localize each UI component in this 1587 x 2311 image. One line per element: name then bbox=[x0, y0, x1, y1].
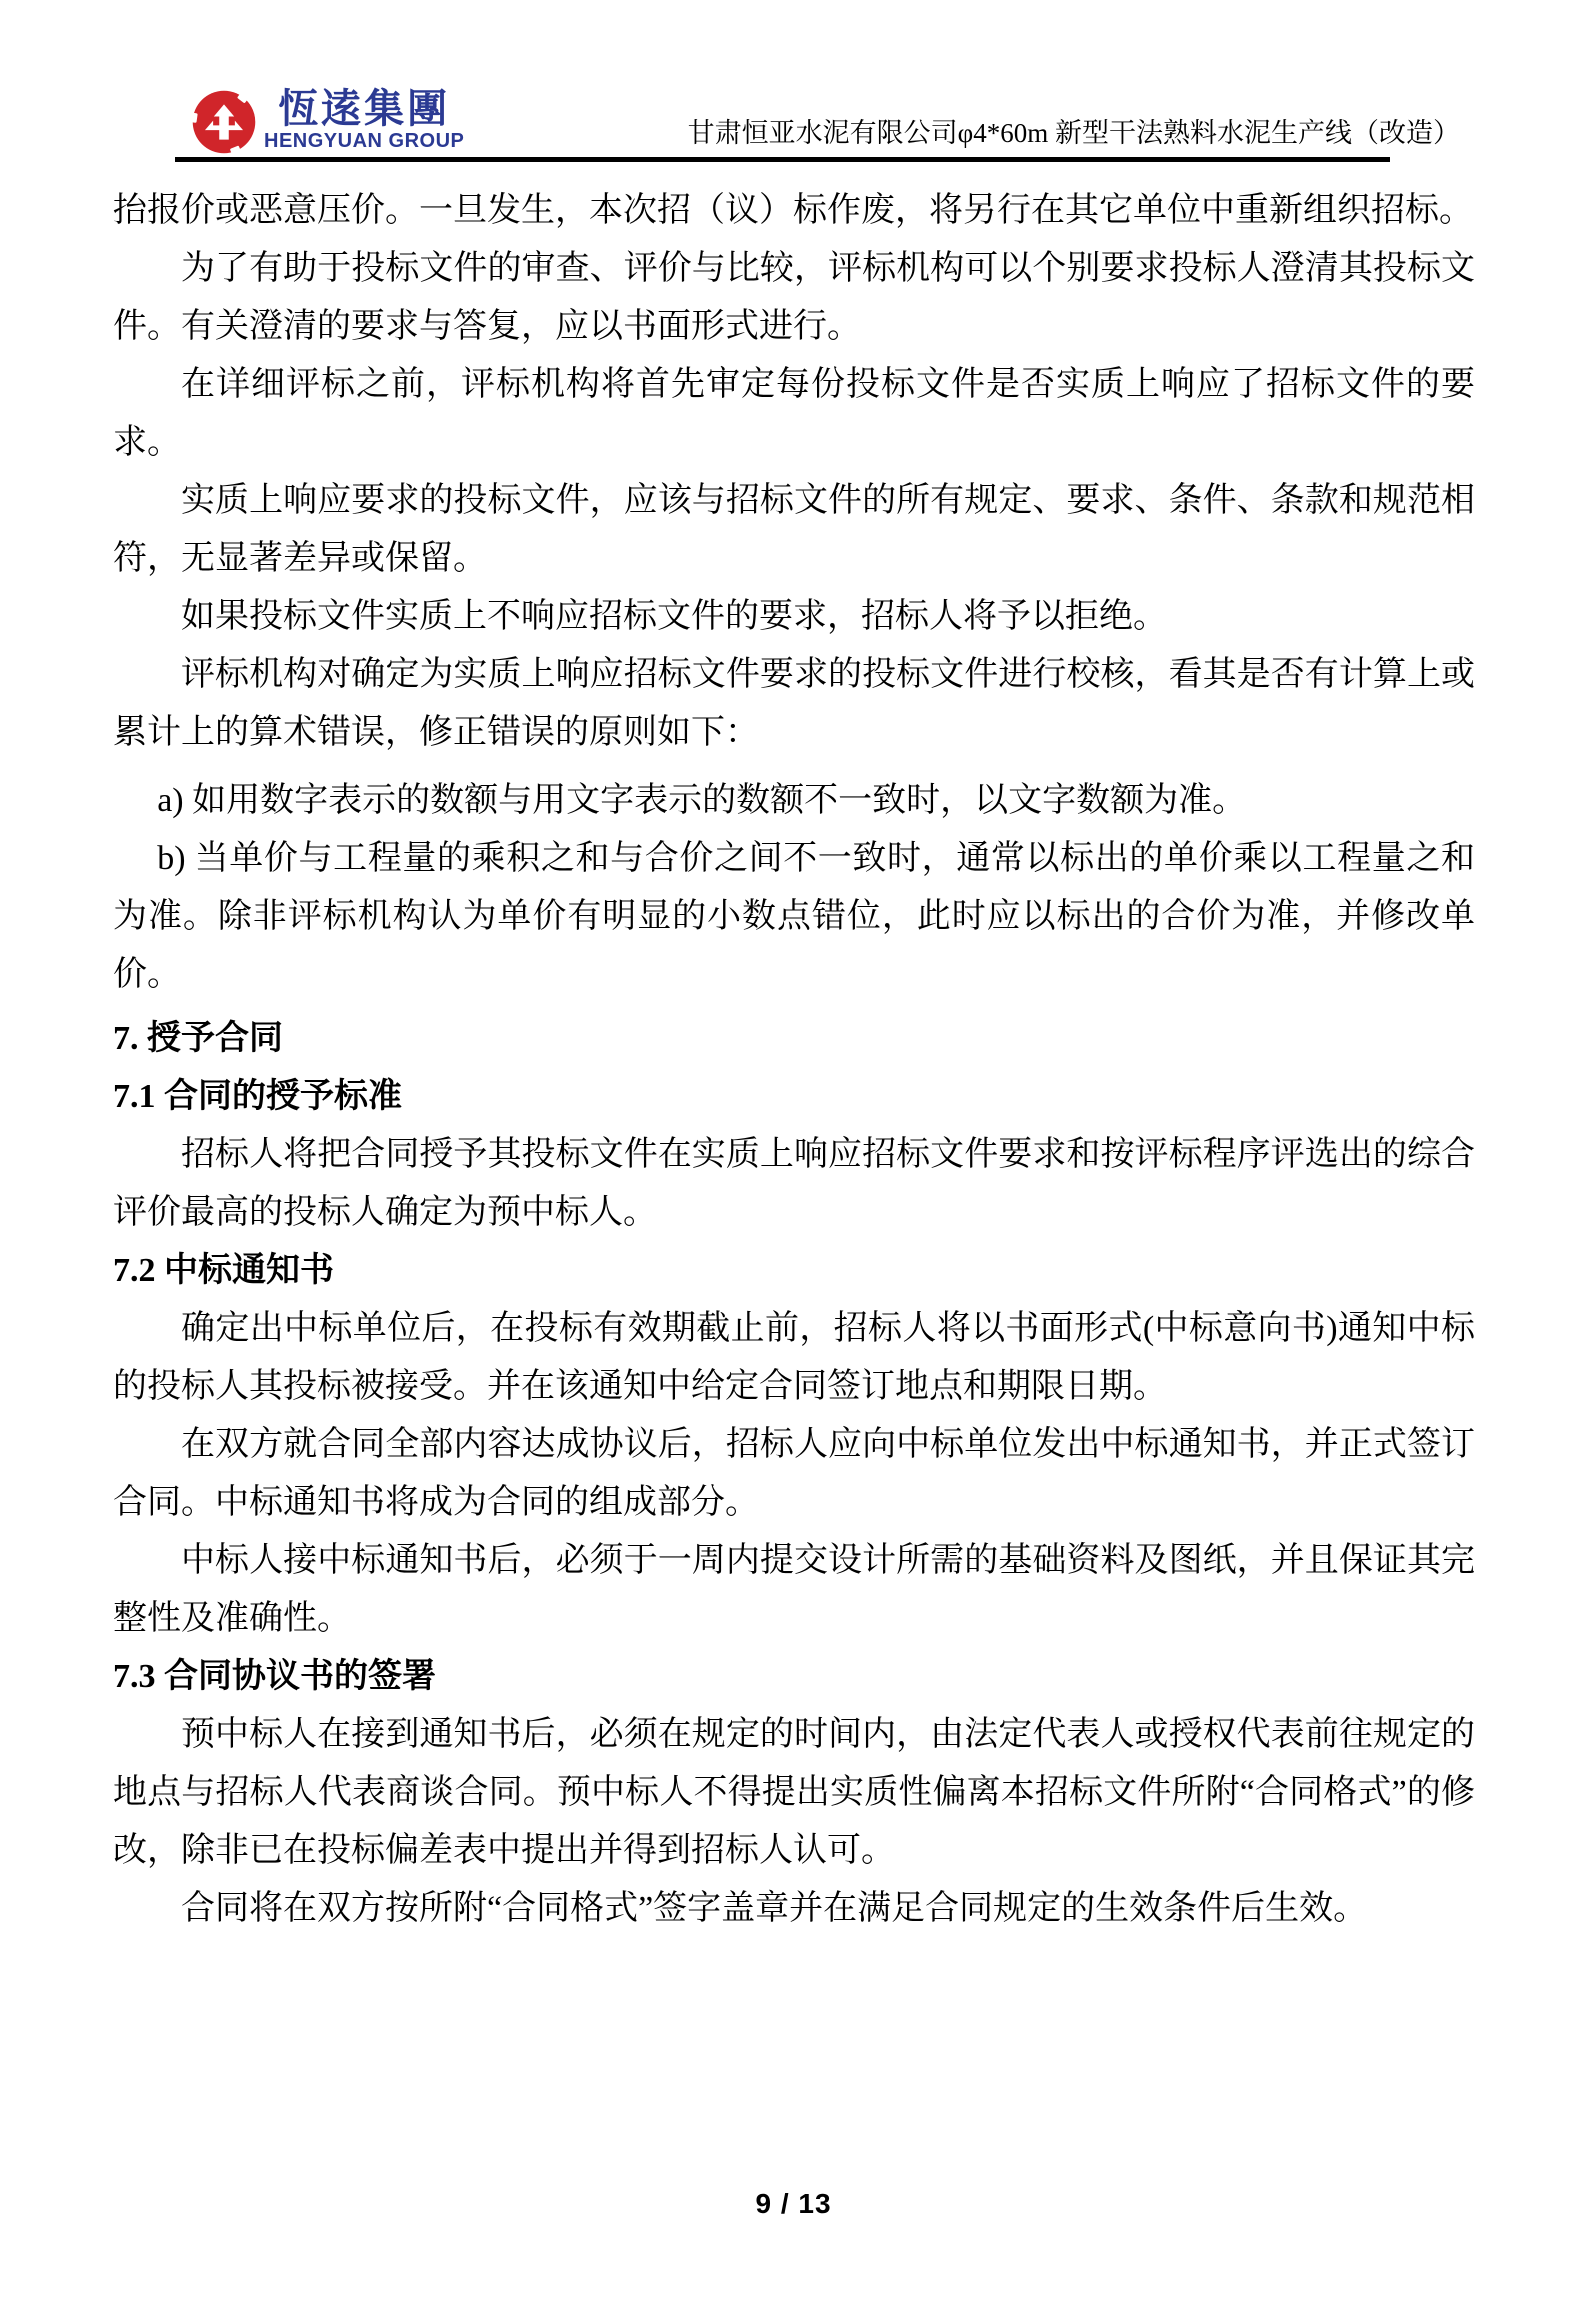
list-item-a: a) 如用数字表示的数额与用文字表示的数额不一致时，以文字数额为准。 bbox=[113, 772, 1475, 830]
paragraph-rejection: 如果投标文件实质上不响应招标文件的要求，招标人将予以拒绝。 bbox=[113, 588, 1475, 646]
paragraph-clarification: 为了有助于投标文件的审查、评价与比较，评标机构可以个别要求投标人澄清其投标文件。… bbox=[113, 240, 1475, 356]
section-heading-7-1: 7.1 合同的授予标准 bbox=[113, 1068, 1475, 1126]
paragraph-continuation: 抬报价或恶意压价。一旦发生，本次招（议）标作废，将另行在其它单位中重新组织招标。 bbox=[113, 182, 1475, 240]
paragraph-pre-evaluation: 在详细评标之前，评标机构将首先审定每份投标文件是否实质上响应了招标文件的要求。 bbox=[113, 356, 1475, 472]
header-divider bbox=[175, 157, 1390, 162]
paragraph-contract-effective: 合同将在双方按所附“合同格式”签字盖章并在满足合同规定的生效条件后生效。 bbox=[113, 1880, 1475, 1938]
paragraph-contract-signing: 预中标人在接到通知书后，必须在规定的时间内，由法定代表人或授权代表前往规定的地点… bbox=[113, 1706, 1475, 1880]
document-body: 抬报价或恶意压价。一旦发生，本次招（议）标作废，将另行在其它单位中重新组织招标。… bbox=[113, 182, 1475, 1938]
page-number: 9 / 13 bbox=[755, 2188, 831, 2219]
paragraph-responsive-bids: 实质上响应要求的投标文件，应该与招标文件的所有规定、要求、条件、条款和规范相符，… bbox=[113, 472, 1475, 588]
paragraph-design-materials: 中标人接中标通知书后，必须于一周内提交设计所需的基础资料及图纸，并且保证其完整性… bbox=[113, 1532, 1475, 1648]
logo-chinese-name: 恆逺集團 bbox=[278, 88, 450, 130]
logo-wordmark: 恆逺集團 HENGYUAN GROUP bbox=[264, 88, 464, 152]
paragraph-notice-of-award: 确定出中标单位后，在投标有效期截止前，招标人将以书面形式(中标意向书)通知中标的… bbox=[113, 1300, 1475, 1416]
company-logo: 恆逺集團 HENGYUAN GROUP bbox=[190, 88, 464, 156]
document-page: 恆逺集團 HENGYUAN GROUP 甘肃恒亚水泥有限公司φ4*60m 新型干… bbox=[0, 0, 1587, 2311]
hengyuan-emblem-icon bbox=[190, 88, 258, 156]
project-title: 甘肃恒亚水泥有限公司φ4*60m 新型干法熟料水泥生产线（改造） bbox=[688, 118, 1460, 148]
section-heading-7-2: 7.2 中标通知书 bbox=[113, 1242, 1475, 1300]
section-heading-7: 7. 授予合同 bbox=[113, 1010, 1475, 1068]
page-header: 恆逺集團 HENGYUAN GROUP 甘肃恒亚水泥有限公司φ4*60m 新型干… bbox=[0, 0, 1587, 165]
list-item-b: b) 当单价与工程量的乘积之和与合价之间不一致时，通常以标出的单价乘以工程量之和… bbox=[113, 830, 1475, 1004]
paragraph-arithmetic-check: 评标机构对确定为实质上响应招标文件要求的投标文件进行校核，看其是否有计算上或累计… bbox=[113, 646, 1475, 762]
logo-english-name: HENGYUAN GROUP bbox=[264, 130, 464, 152]
paragraph-formal-notice: 在双方就合同全部内容达成协议后，招标人应向中标单位发出中标通知书，并正式签订合同… bbox=[113, 1416, 1475, 1532]
section-heading-7-3: 7.3 合同协议书的签署 bbox=[113, 1648, 1475, 1706]
page-footer: 9 / 13 bbox=[0, 2188, 1587, 2220]
paragraph-award-criteria: 招标人将把合同授予其投标文件在实质上响应招标文件要求和按评标程序评选出的综合评价… bbox=[113, 1126, 1475, 1242]
